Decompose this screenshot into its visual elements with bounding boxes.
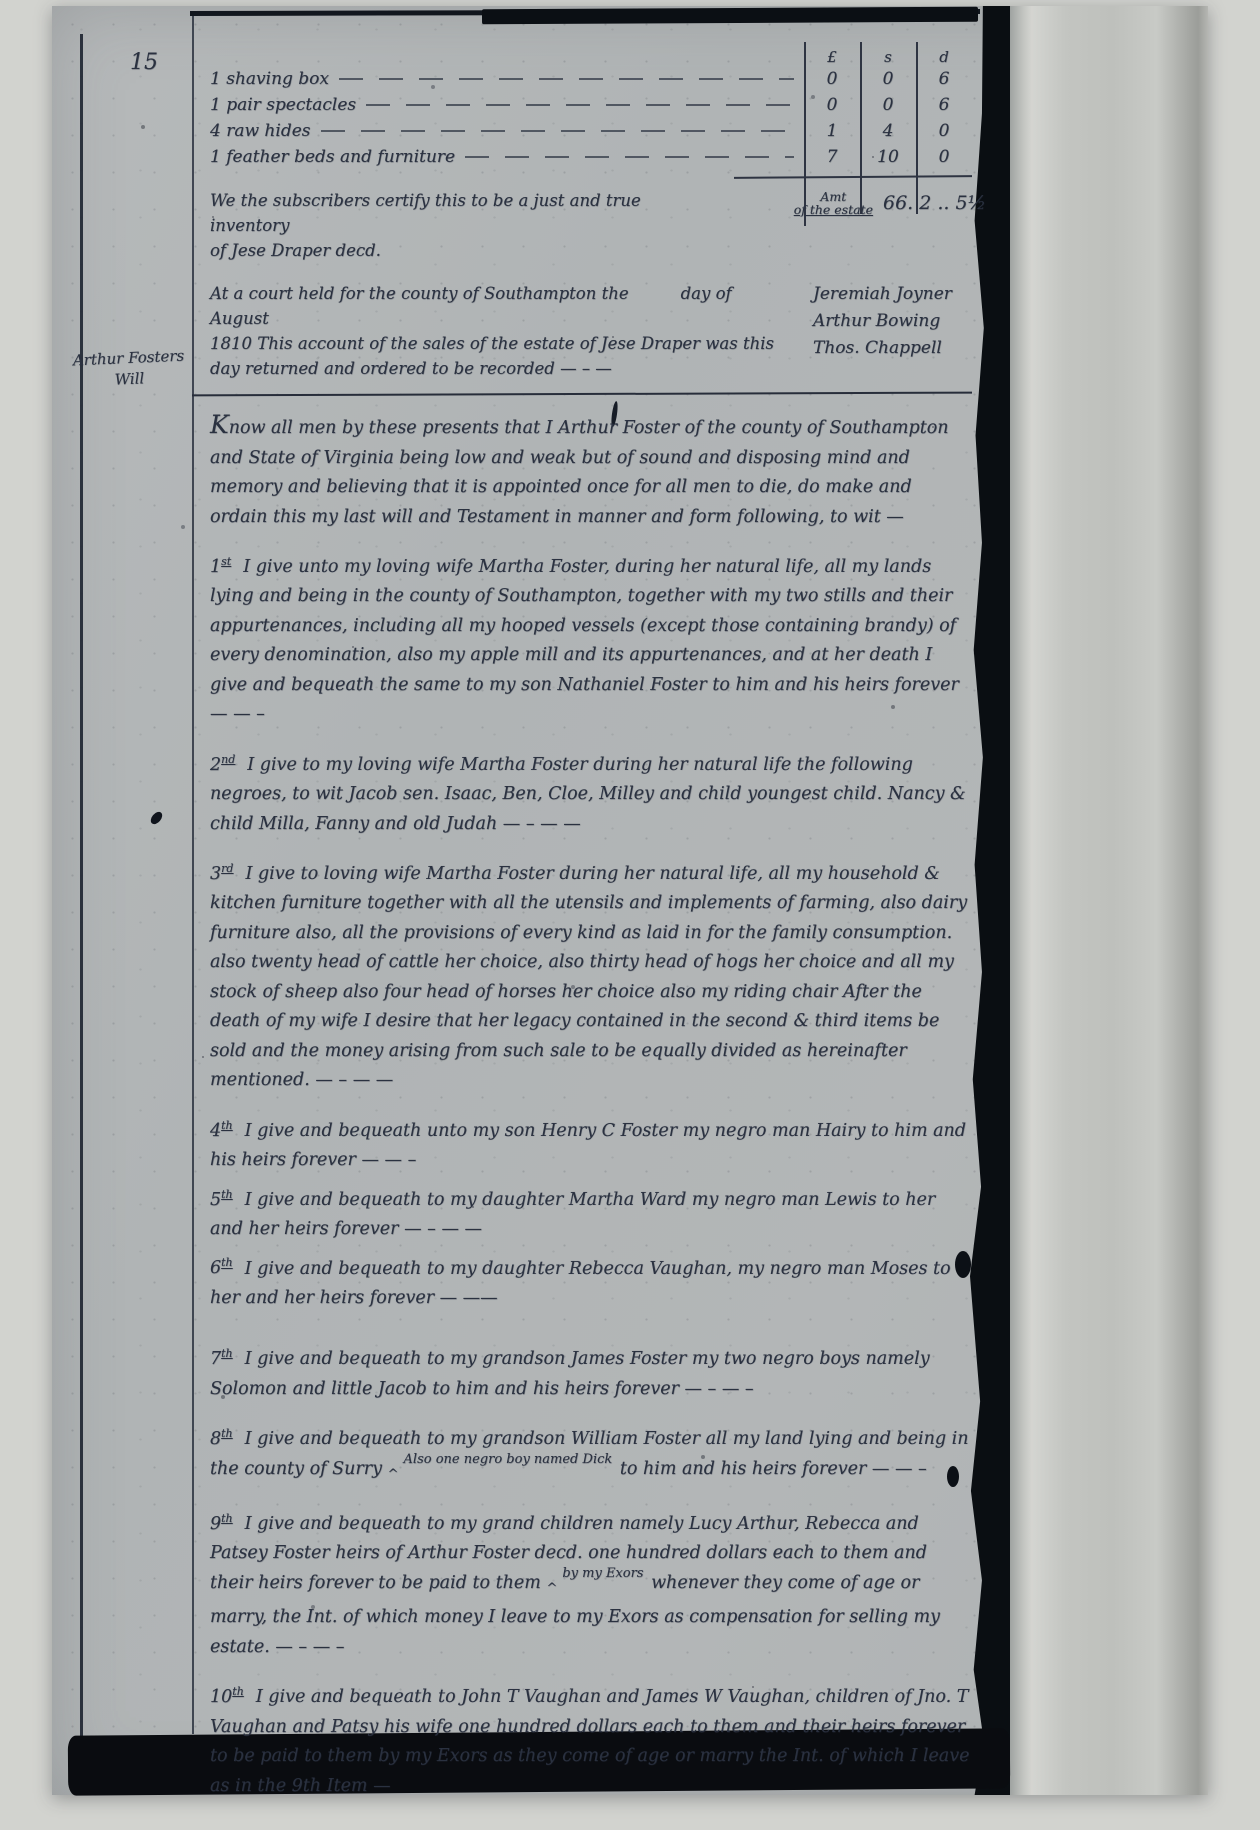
item-text: I give and bequeath to my grandson James… bbox=[210, 1349, 930, 1399]
ordinal-suffix: nd bbox=[221, 753, 235, 766]
ordinal-suffix: th bbox=[221, 1119, 233, 1132]
will-item-10: 10thI give and bequeath to John T Vaugha… bbox=[210, 1677, 972, 1801]
item-text: I give and bequeath unto my son Henry C … bbox=[210, 1121, 966, 1171]
left-margin-rule bbox=[80, 34, 83, 1736]
item-ordinal: 3rd bbox=[210, 864, 233, 884]
court-line1: At a court held for the county of Southa… bbox=[210, 281, 795, 331]
pounds-header: £ bbox=[804, 48, 860, 66]
scan-photo: 15 Arthur Fosters Will £ s d bbox=[52, 6, 1208, 1795]
item-ordinal: 7th bbox=[210, 1349, 233, 1369]
inventory-pounds-value: 1 bbox=[804, 118, 860, 144]
item-text: I give and bequeath to John T Vaughan an… bbox=[210, 1687, 969, 1796]
amount-value: 66. 2 .. 5½ bbox=[883, 191, 986, 216]
ordinal-number: 7 bbox=[210, 1349, 221, 1369]
court-record-section: At a court held for the county of Southa… bbox=[210, 281, 972, 381]
ordinal-suffix: th bbox=[232, 1685, 244, 1698]
item-ordinal: 5th bbox=[210, 1190, 233, 1210]
item-ordinal: 1st bbox=[210, 557, 231, 577]
dash-leader bbox=[366, 104, 794, 106]
book-gutter-edge bbox=[1010, 6, 1208, 1795]
inventory-pounds-value: 0 bbox=[804, 92, 860, 118]
signature: Thos. Chappell bbox=[813, 335, 972, 362]
signature: Jeremiah Joyner bbox=[813, 281, 972, 308]
pence-header: d bbox=[916, 48, 972, 66]
certification-line1: We the subscribers certify this to be a … bbox=[210, 188, 722, 238]
shillings-header: s bbox=[860, 48, 916, 66]
inventory-pounds-value: 0 bbox=[804, 66, 860, 92]
will-item-5: 5thI give and bequeath to my daughter Ma… bbox=[210, 1180, 972, 1245]
ordinal-suffix: th bbox=[221, 1427, 233, 1440]
ordinal-number: 4 bbox=[210, 1121, 221, 1141]
interlined-insertion: by my Exors bbox=[562, 1569, 643, 1579]
ordinal-number: 10 bbox=[210, 1687, 232, 1707]
ordinal-number: 9 bbox=[210, 1514, 221, 1534]
inventory-pence-value: 0 bbox=[916, 144, 972, 170]
item-text: I give unto my loving wife Martha Foster… bbox=[210, 557, 959, 725]
court-line3: day returned and ordered to be recorded … bbox=[210, 356, 795, 381]
inventory-shillings-value: 0 bbox=[860, 66, 916, 92]
inventory-pence-value: 0 bbox=[916, 118, 972, 144]
ordinal-suffix: th bbox=[221, 1512, 233, 1525]
will-item-1: 1stI give unto my loving wife Martha Fos… bbox=[210, 547, 972, 730]
item-text-after: to him and his heirs forever — — – bbox=[620, 1459, 927, 1479]
will-item-3: 3rdI give to loving wife Martha Foster d… bbox=[210, 854, 972, 1096]
item-ordinal: 2nd bbox=[210, 755, 235, 775]
inventory-row: 1 pair spectacles 0 0 6 bbox=[210, 92, 972, 118]
insertion-caret: ^ bbox=[388, 1467, 399, 1482]
certification-line2: of Jese Draper decd. bbox=[210, 238, 722, 263]
item-ordinal: 8th bbox=[210, 1429, 233, 1449]
inventory-pence-value: 6 bbox=[916, 92, 972, 118]
item-ordinal: 10th bbox=[210, 1687, 244, 1707]
sum-rule bbox=[734, 175, 972, 179]
inventory-pence-value: 6 bbox=[916, 66, 972, 92]
will-item-7: 7thI give and bequeath to my grandson Ja… bbox=[210, 1339, 972, 1404]
inventory-section: £ s d 1 shaving box 0 0 6 bbox=[210, 46, 972, 263]
amount-label-line2: of the estate bbox=[794, 202, 873, 217]
ordinal-number: 2 bbox=[210, 755, 221, 775]
certification-block: We the subscribers certify this to be a … bbox=[210, 188, 972, 263]
signature-block: Jeremiah Joyner Arthur Bowing Thos. Chap… bbox=[795, 281, 972, 381]
margin-column-rule bbox=[192, 12, 194, 1734]
item-text: I give to my loving wife Martha Foster d… bbox=[210, 755, 966, 834]
estate-amount: Amt of the estate 66. 2 .. 5½ bbox=[794, 190, 986, 216]
ordinal-suffix: th bbox=[221, 1347, 233, 1360]
will-opening: Know all men by these presents that I Ar… bbox=[210, 410, 972, 532]
ink-blot bbox=[149, 810, 165, 827]
item-ordinal: 6th bbox=[210, 1258, 233, 1278]
item-ordinal: 9th bbox=[210, 1514, 233, 1534]
dash-leader bbox=[465, 156, 794, 158]
item-text: I give and bequeath to my daughter Marth… bbox=[210, 1190, 935, 1240]
interlined-insertion: Also one negro boy named Dick bbox=[404, 1455, 613, 1465]
will-item-4: 4thI give and bequeath unto my son Henry… bbox=[210, 1111, 972, 1176]
court-line1a: At a court held for the county of Southa… bbox=[210, 284, 629, 303]
ordinal-suffix: th bbox=[221, 1188, 233, 1201]
signature: Arthur Bowing bbox=[813, 308, 972, 335]
dash-leader bbox=[321, 130, 795, 132]
ordinal-number: 3 bbox=[210, 864, 221, 884]
ordinal-suffix: st bbox=[221, 555, 231, 568]
top-scan-edge-thick bbox=[482, 7, 978, 25]
inventory-pounds-value: 7 bbox=[804, 144, 860, 170]
margin-note-will-label: Arthur Fosters Will bbox=[69, 345, 189, 392]
ordinal-number: 8 bbox=[210, 1429, 221, 1449]
content-column: £ s d 1 shaving box 0 0 6 bbox=[210, 46, 972, 1801]
amount-label: Amt of the estate bbox=[794, 190, 873, 216]
will-item-6: 6thI give and bequeath to my daughter Re… bbox=[210, 1249, 972, 1314]
inventory-shillings-value: 0 bbox=[860, 92, 916, 118]
will-section: Know all men by these presents that I Ar… bbox=[210, 410, 972, 1801]
will-item-8: 8thI give and bequeath to my grandson Wi… bbox=[210, 1419, 972, 1489]
inventory-shillings-value: 4 bbox=[860, 118, 916, 144]
court-record-text: At a court held for the county of Southa… bbox=[210, 281, 795, 381]
ordinal-number: 5 bbox=[210, 1190, 221, 1210]
ink-specks bbox=[52, 6, 54, 8]
inventory-row: 1 feather beds and furniture 7 10 0 bbox=[210, 144, 972, 170]
will-item-9: 9thI give and bequeath to my grand child… bbox=[210, 1504, 972, 1662]
currency-headers: £ s d bbox=[210, 48, 972, 66]
insertion-caret: ^ bbox=[546, 1581, 557, 1596]
will-item-2: 2ndI give to my loving wife Martha Foste… bbox=[210, 745, 972, 839]
item-text: I give to loving wife Martha Foster duri… bbox=[210, 864, 967, 1091]
inventory-rows: 1 shaving box 0 0 6 1 pair spectacles 0 … bbox=[210, 66, 972, 170]
item-ordinal: 4th bbox=[210, 1121, 233, 1141]
inventory-row: 4 raw hides 1 4 0 bbox=[210, 118, 972, 144]
scanned-document-page: 15 Arthur Fosters Will £ s d bbox=[0, 0, 1260, 1830]
ordinal-suffix: rd bbox=[221, 862, 233, 875]
inventory-row: 1 shaving box 0 0 6 bbox=[210, 66, 972, 92]
inventory-item-label: 1 feather beds and furniture bbox=[210, 144, 455, 170]
ordinal-number: 1 bbox=[210, 557, 221, 577]
inventory-item-label: 4 raw hides bbox=[210, 118, 311, 144]
page-number: 15 bbox=[130, 50, 158, 75]
section-divider-rule bbox=[192, 392, 972, 397]
dash-leader bbox=[339, 78, 794, 80]
inventory-item-label: 1 shaving box bbox=[210, 66, 329, 92]
ordinal-number: 6 bbox=[210, 1258, 221, 1278]
inventory-shillings-value: 10 bbox=[860, 144, 916, 170]
ordinal-suffix: th bbox=[221, 1257, 233, 1270]
inventory-item-label: 1 pair spectacles bbox=[210, 92, 356, 118]
item-text: I give and bequeath to my daughter Rebec… bbox=[210, 1258, 951, 1308]
court-line2: 1810 This account of the sales of the es… bbox=[210, 331, 795, 356]
